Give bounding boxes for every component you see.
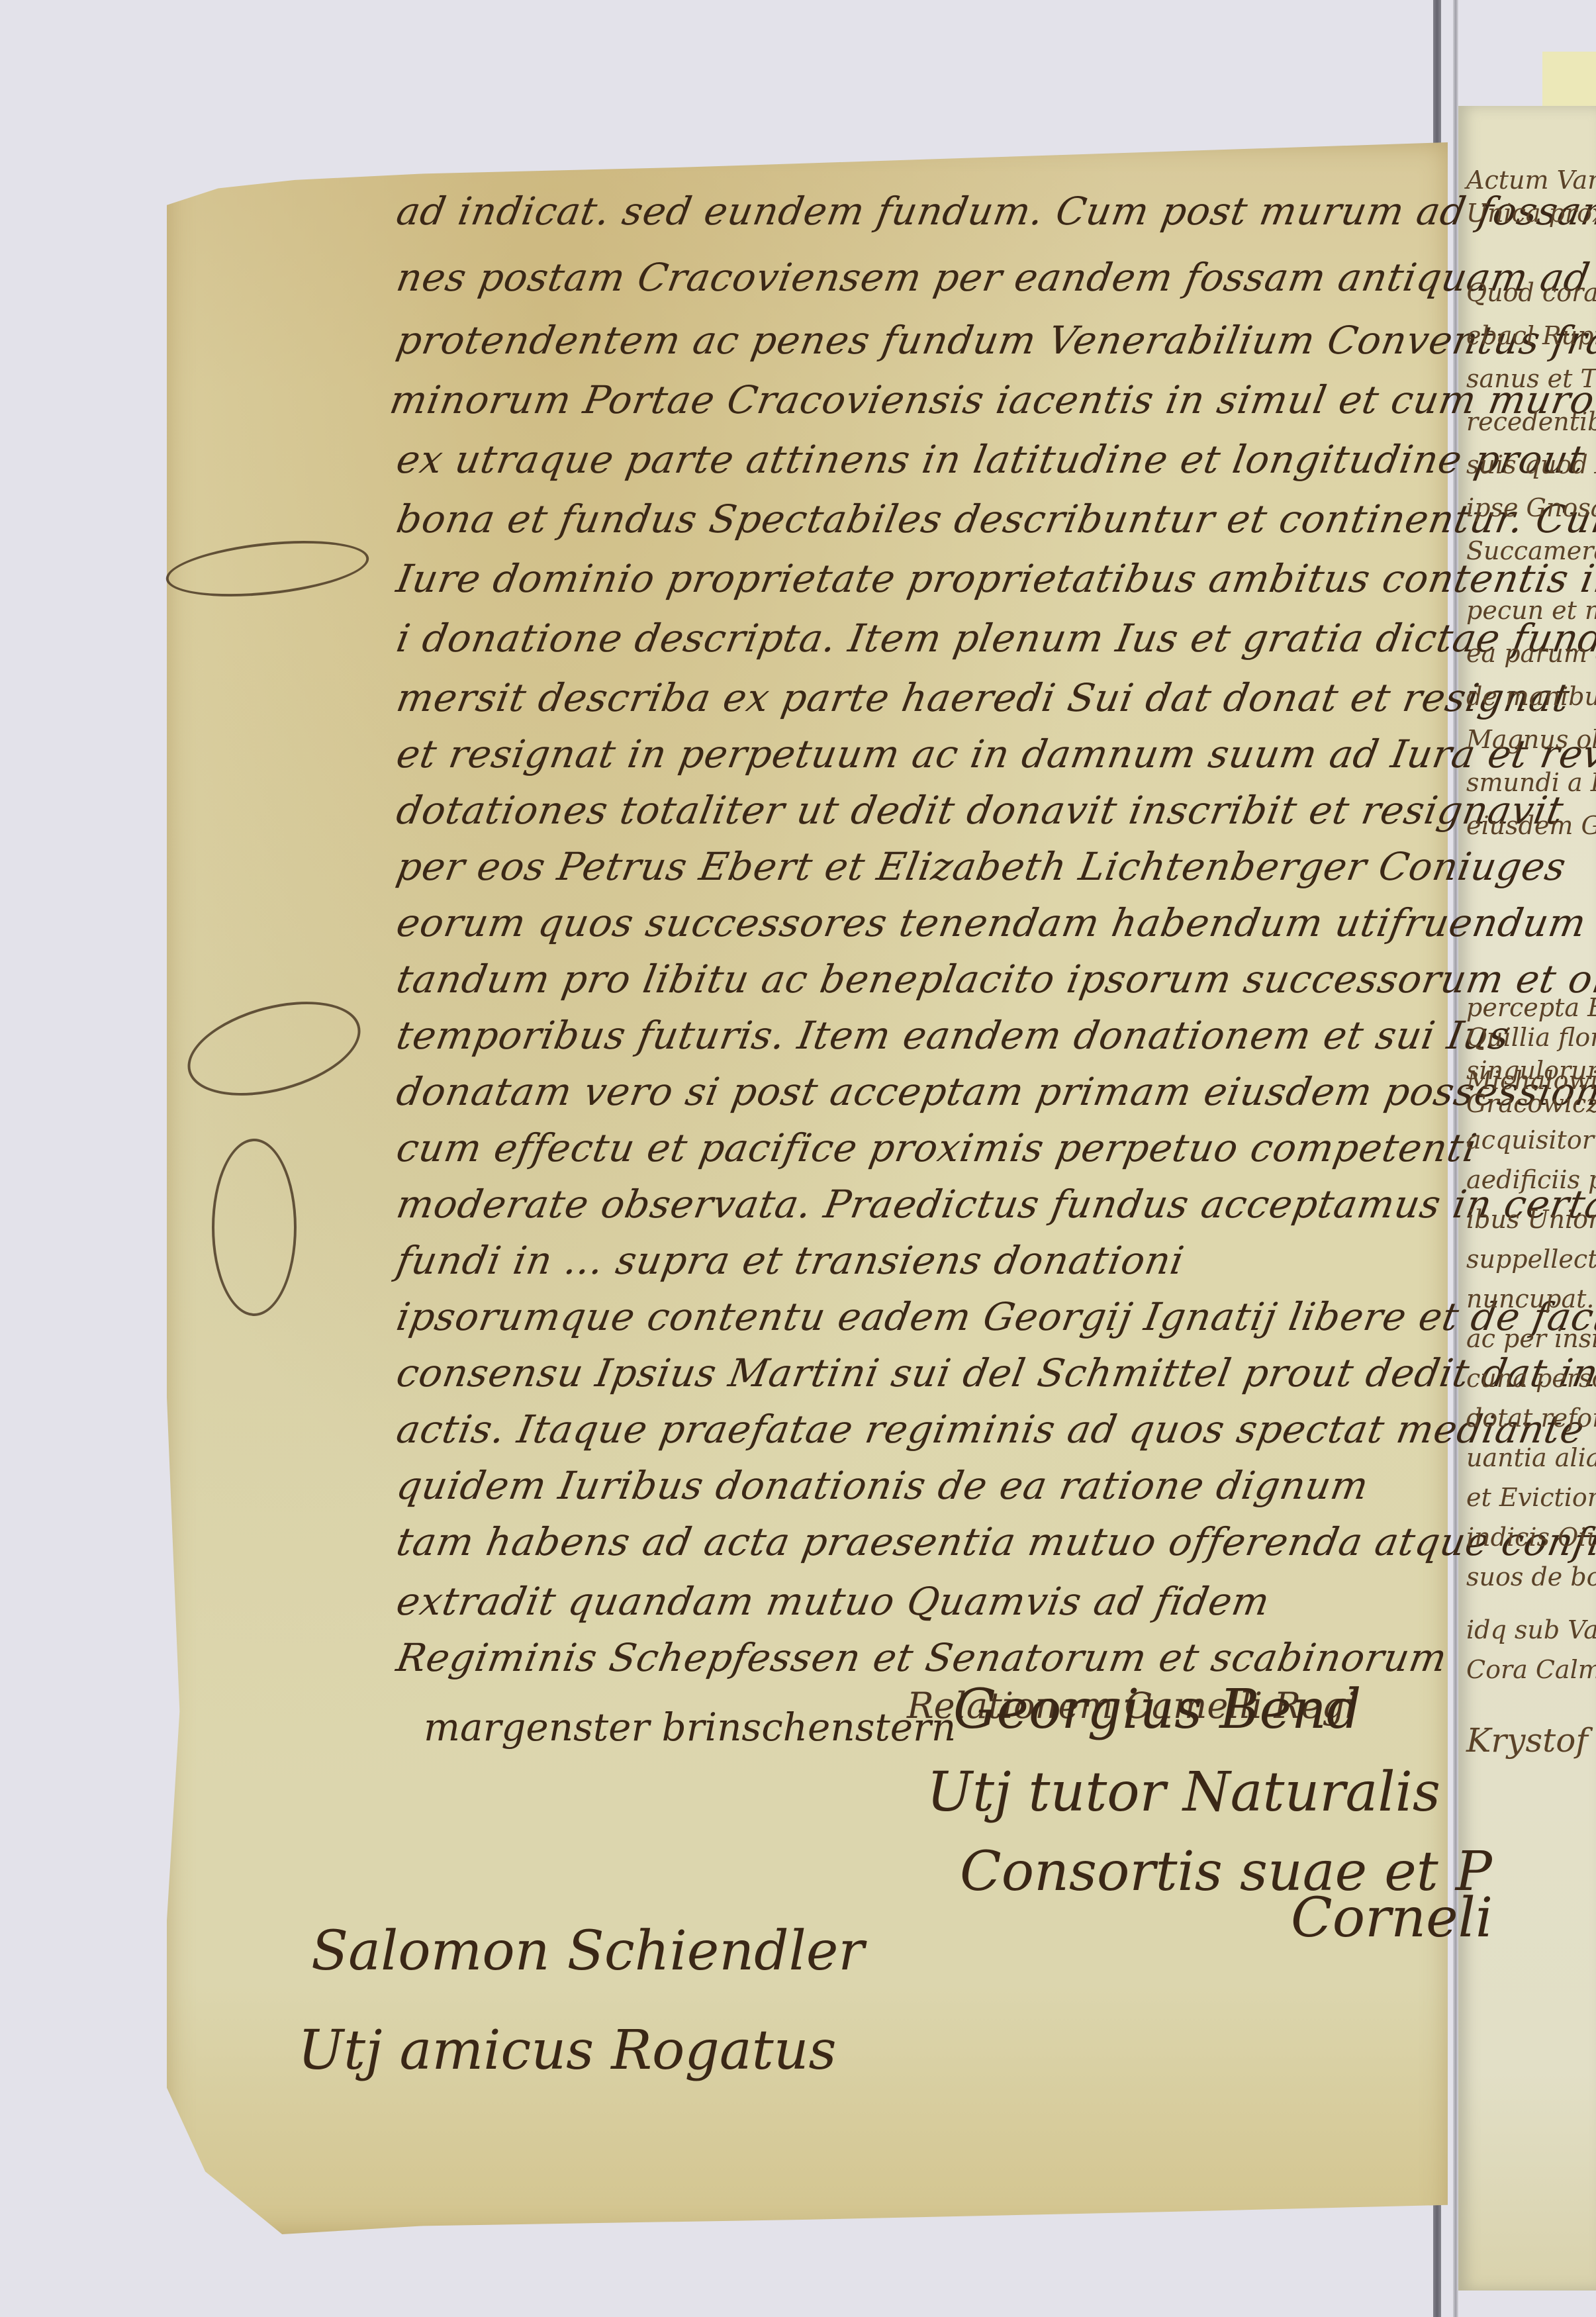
right-page-line: indicis Oium i: [1466, 1523, 1596, 1552]
right-page-line: ea parum de bon: [1466, 639, 1596, 668]
body-line: temporibus futuris. Item eandem donation…: [393, 1013, 1513, 1058]
body-line: minorum Portae Cracoviensis iacentis in …: [387, 377, 1596, 422]
signature: Georgius Bend: [953, 1678, 1361, 1741]
right-page-line: cuna personas: [1466, 1364, 1596, 1393]
body-line: et resignat in perpetuum ac in damnum su…: [393, 732, 1596, 777]
right-page-line: ibus Unionibus: [1466, 1205, 1596, 1234]
right-page-line: Magnus olim M: [1466, 725, 1596, 754]
body-line: ipsorumque contentu eadem Georgij Ignati…: [393, 1294, 1596, 1339]
signature: Salomon Schiendler: [311, 1920, 865, 1983]
right-page-line: Unica proxi: [1466, 199, 1596, 228]
right-page-line: acquisitoru et a: [1466, 1125, 1596, 1155]
body-line: nes postam Cracoviensem per eandem fossa…: [393, 255, 1596, 300]
right-page-line: dotat reformat: [1466, 1403, 1596, 1433]
body-line: protendentem ac penes fundum Venerabiliu…: [393, 318, 1596, 363]
body-line: dotationes totaliter ut dedit donavit in…: [393, 788, 1568, 833]
flourish-mark: [212, 1139, 297, 1316]
body-line: quidem Iuribus donationis de ea ratione …: [393, 1463, 1372, 1508]
signature: margenster brinschenstern: [424, 1705, 956, 1750]
body-line: ex utraque parte attinens in latitudine …: [393, 437, 1596, 482]
body-line: actis. Itaque praefatae regiminis ad quo…: [393, 1407, 1588, 1452]
right-page-line: Quod coram Nobi: [1466, 278, 1596, 307]
right-page-line: ebacl Rupniczu: [1466, 321, 1596, 350]
right-page-line: pecun et monet: [1466, 596, 1596, 625]
body-line: fundi in ... supra et transiens donation…: [393, 1238, 1188, 1283]
body-line: cum effectu et pacifice proximis perpetu…: [393, 1125, 1481, 1170]
body-line: donatam vero si post acceptam primam eiu…: [393, 1069, 1596, 1114]
right-page-line: idq sub Vadio: [1466, 1615, 1596, 1644]
right-page-line: de manibus Rdm: [1466, 682, 1596, 711]
body-line: tam habens ad acta praesentia mutuo offe…: [393, 1519, 1596, 1564]
right-page-line: suppellectili dom: [1466, 1245, 1596, 1274]
right-page-line: suis quod Actui pr: [1466, 450, 1596, 479]
body-line: Iure dominio proprietate proprietatibus …: [393, 556, 1596, 601]
body-line: mersit describa ex parte haeredi Sui dat…: [393, 675, 1573, 720]
body-line: i donatione descripta. Item plenum Ius e…: [393, 616, 1596, 661]
right-page-line: smundi a Przy: [1466, 768, 1596, 797]
body-line: moderate observata. Praedictus fundus ac…: [393, 1182, 1596, 1227]
signature: Utj amicus Rogatus: [298, 2019, 837, 2082]
right-page-line: Quillia floren pol: [1466, 1023, 1596, 1052]
body-line: per eos Petrus Ebert et Elizabeth Lichte…: [393, 844, 1570, 889]
right-page-signature: Krystof: [1466, 1721, 1588, 1760]
right-page-line: Succamerarij Pal: [1466, 536, 1596, 565]
right-page-line: eiusdem Gnosa Pr: [1466, 811, 1596, 840]
right-page-line: nuncupat. Nec: [1466, 1284, 1596, 1313]
right-page-line: Actum Varsa: [1466, 165, 1596, 195]
signature: Utj tutor Naturalis: [927, 1761, 1440, 1824]
right-page-line: Cora Calm Crauw: [1466, 1655, 1596, 1684]
body-line: tandum pro libitu ac beneplacito ipsorum…: [393, 957, 1596, 1002]
right-page-line: percepta Et alt: [1466, 993, 1596, 1022]
body-line: bona et fundus Spectabiles describuntur …: [393, 496, 1596, 542]
body-line: extradit quandam mutuo Quamvis ad fidem: [393, 1579, 1274, 1624]
right-page-line: et Evictione in: [1466, 1483, 1596, 1512]
body-line: eorum quos successores tenendam habendum…: [393, 900, 1596, 945]
body-line: Regiminis Schepfessen et Senatorum et sc…: [393, 1635, 1451, 1680]
right-page-line: aedificiis peconte: [1466, 1165, 1596, 1194]
body-line: consensu Ipsius Martini sui del Schmitte…: [393, 1350, 1596, 1395]
right-page-line: Gracowicz et D: [1466, 1089, 1596, 1118]
right-page-line: recedentibus eidem ha: [1466, 407, 1596, 436]
right-page-line: sanus et Terris: [1466, 364, 1596, 393]
flourish-mark: [159, 218, 185, 225]
right-page-line: uantia aliae: [1466, 1443, 1596, 1472]
body-line: ad indicat. sed eundem fundum. Cum post …: [393, 189, 1596, 234]
right-page-line: ac per insinj: [1466, 1324, 1596, 1353]
right-page-line: suos de bon sui: [1466, 1562, 1596, 1591]
right-page-line: ipse Gnosa Ann: [1466, 493, 1596, 522]
